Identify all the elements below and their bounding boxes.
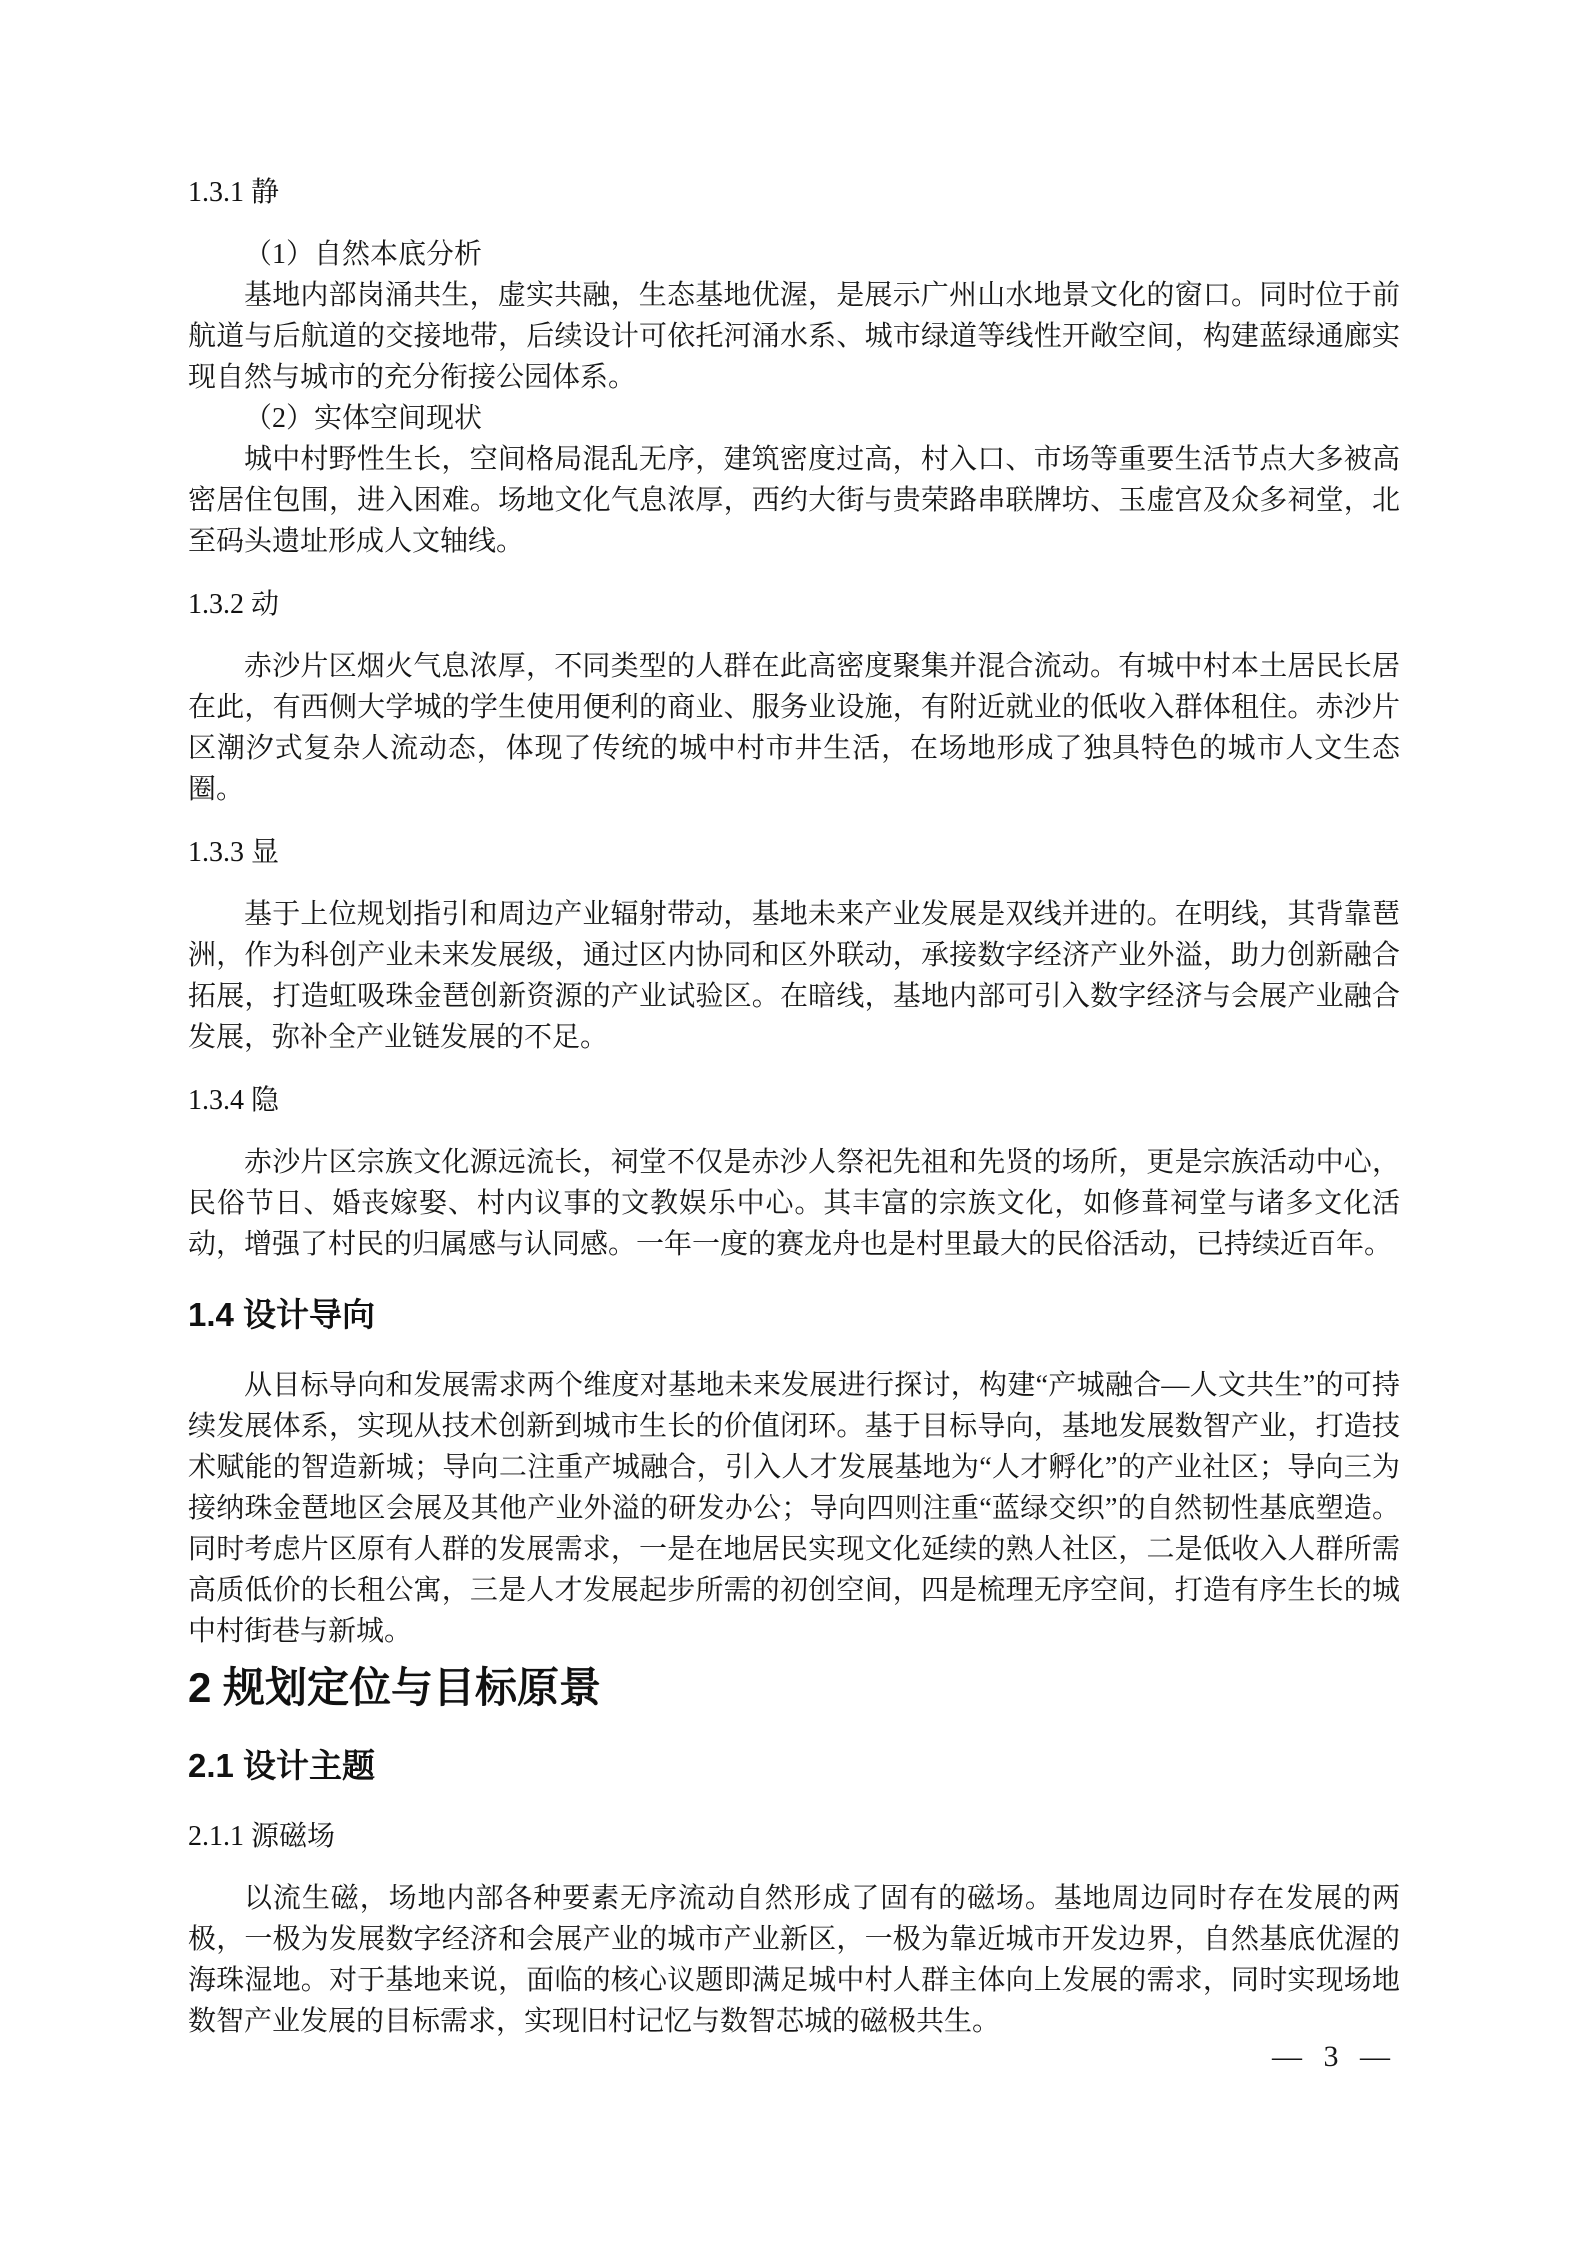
section-heading-1-3-2-dong: 1.3.2 动 [188,584,1400,625]
paragraph-population-flow: 赤沙片区烟火气息浓厚，不同类型的人群在此高密度聚集并混合流动。有城中村本土居民长… [188,646,1400,810]
document-content: 1.3.1 静 （1）自然本底分析 基地内部岗涌共生，虚实共融，生态基地优渥，是… [188,172,1400,2042]
paragraph-design-orientation: 从目标导向和发展需求两个维度对基地未来发展进行探讨，构建“产城融合—人文共生”的… [188,1365,1400,1652]
section-heading-1-4-design-orientation: 1.4 设计导向 [188,1291,1400,1339]
section-heading-2-1-design-theme: 2.1 设计主题 [188,1742,1400,1790]
sub-item-2-physical-space-status: （2）实体空间现状 [188,398,1400,439]
page-number: — 3 — [1272,2041,1390,2073]
paragraph-clan-culture: 赤沙片区宗族文化源远流长，祠堂不仅是赤沙人祭祀先祖和先贤的场所，更是宗族活动中心… [188,1142,1400,1265]
section-heading-1-3-4-yin: 1.3.4 隐 [188,1080,1400,1121]
paragraph-physical-space: 城中村野性生长，空间格局混乱无序，建筑密度过高，村入口、市场等重要生活节点大多被… [188,439,1400,562]
section-heading-1-3-1-jing: 1.3.1 静 [188,172,1400,213]
document-page: 1.3.1 静 （1）自然本底分析 基地内部岗涌共生，虚实共融，生态基地优渥，是… [0,0,1586,2245]
paragraph-industry-development: 基于上位规划指引和周边产业辐射带动，基地未来产业发展是双线并进的。在明线，其背靠… [188,894,1400,1058]
paragraph-natural-base: 基地内部岗涌共生，虚实共融，生态基地优渥，是展示广州山水地景文化的窗口。同时位于… [188,275,1400,398]
sub-item-1-natural-base-analysis: （1）自然本底分析 [188,234,1400,275]
section-heading-2-1-1-source-magnetic-field: 2.1.1 源磁场 [188,1816,1400,1857]
section-heading-1-3-3-xian: 1.3.3 显 [188,832,1400,873]
chapter-heading-2-planning-positioning: 2 规划定位与目标原景 [188,1660,1400,1716]
paragraph-source-magnetic-field: 以流生磁，场地内部各种要素无序流动自然形成了固有的磁场。基地周边同时存在发展的两… [188,1878,1400,2042]
